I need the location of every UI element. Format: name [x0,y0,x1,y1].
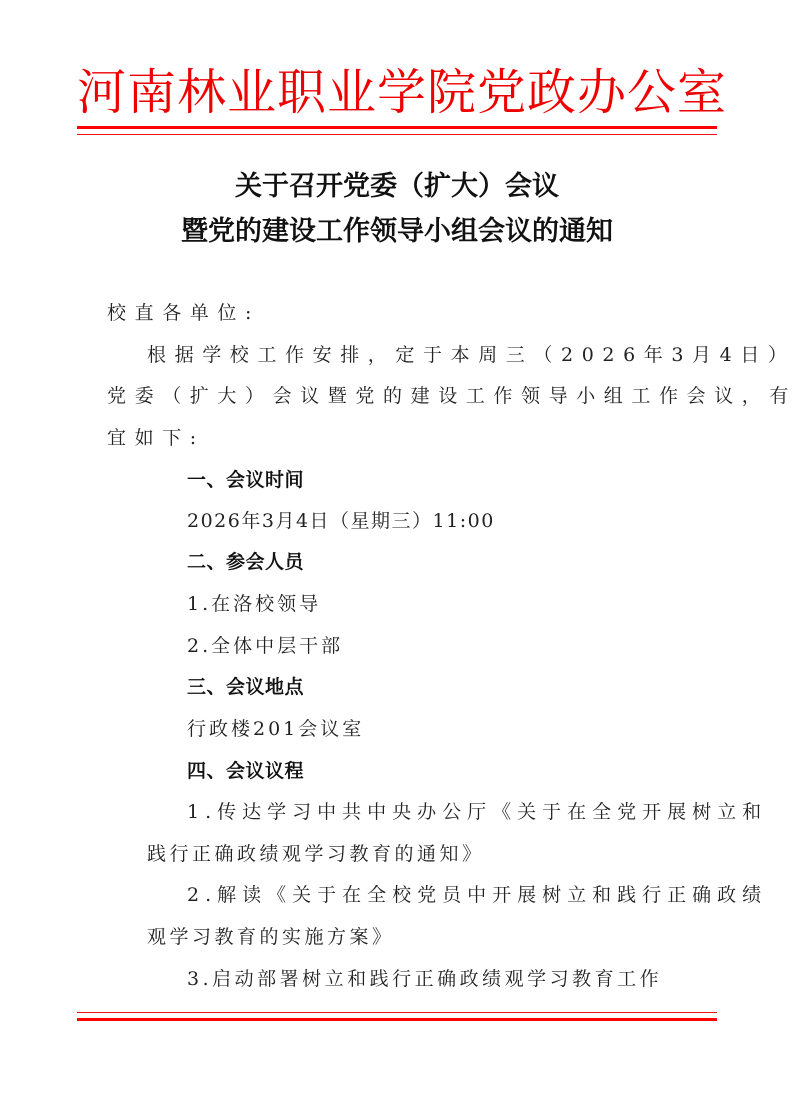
attendee-item-1: 1.在洛校领导 [187,590,321,618]
section-heading-location: 三、会议地点 [187,673,304,701]
footer-rule-thick [77,1018,717,1021]
letterhead-rule-thick [77,126,717,129]
footer-rule-thin [77,1012,717,1013]
attendee-item-2: 2.全体中层干部 [187,632,343,660]
agenda-item-1-line-2: 践行正确政绩观学习教育的通知》 [147,840,485,868]
salutation: 校直各单位: [107,299,260,327]
meeting-location: 行政楼201会议室 [187,715,364,743]
section-heading-time: 一、会议时间 [187,466,304,494]
document-page: 河南林业职业学院党政办公室 关于召开党委（扩大）会议 暨党的建设工作领导小组会议… [0,0,794,1108]
section-heading-attendees: 二、参会人员 [187,548,304,576]
intro-line-3: 宜如下: [107,424,205,452]
intro-line-2: 党委（扩大）会议暨党的建设工作领导小组工作会议，有关事 [107,382,794,410]
agenda-item-3: 3.启动部署树立和践行正确政绩观学习教育工作 [187,965,662,993]
meeting-time: 2026年3月4日（星期三）11:00 [187,507,495,535]
letterhead-rule-thin [77,134,717,135]
section-heading-agenda: 四、会议议程 [187,757,304,785]
agenda-item-2-line-2: 观学习教育的实施方案》 [147,923,395,951]
document-title-line-2: 暨党的建设工作领导小组会议的通知 [77,214,717,250]
document-title-line-1: 关于召开党委（扩大）会议 [77,169,717,205]
letterhead-title: 河南林业职业学院党政办公室 [77,62,717,124]
intro-line-1: 根据学校工作安排，定于本周三（2026年3月4日）召开 [147,341,794,369]
agenda-item-2-line-1: 2.解读《关于在全校党员中开展树立和践行正确政绩 [187,881,767,909]
agenda-item-1-line-1: 1.传达学习中共中央办公厅《关于在全党开展树立和 [187,798,767,826]
